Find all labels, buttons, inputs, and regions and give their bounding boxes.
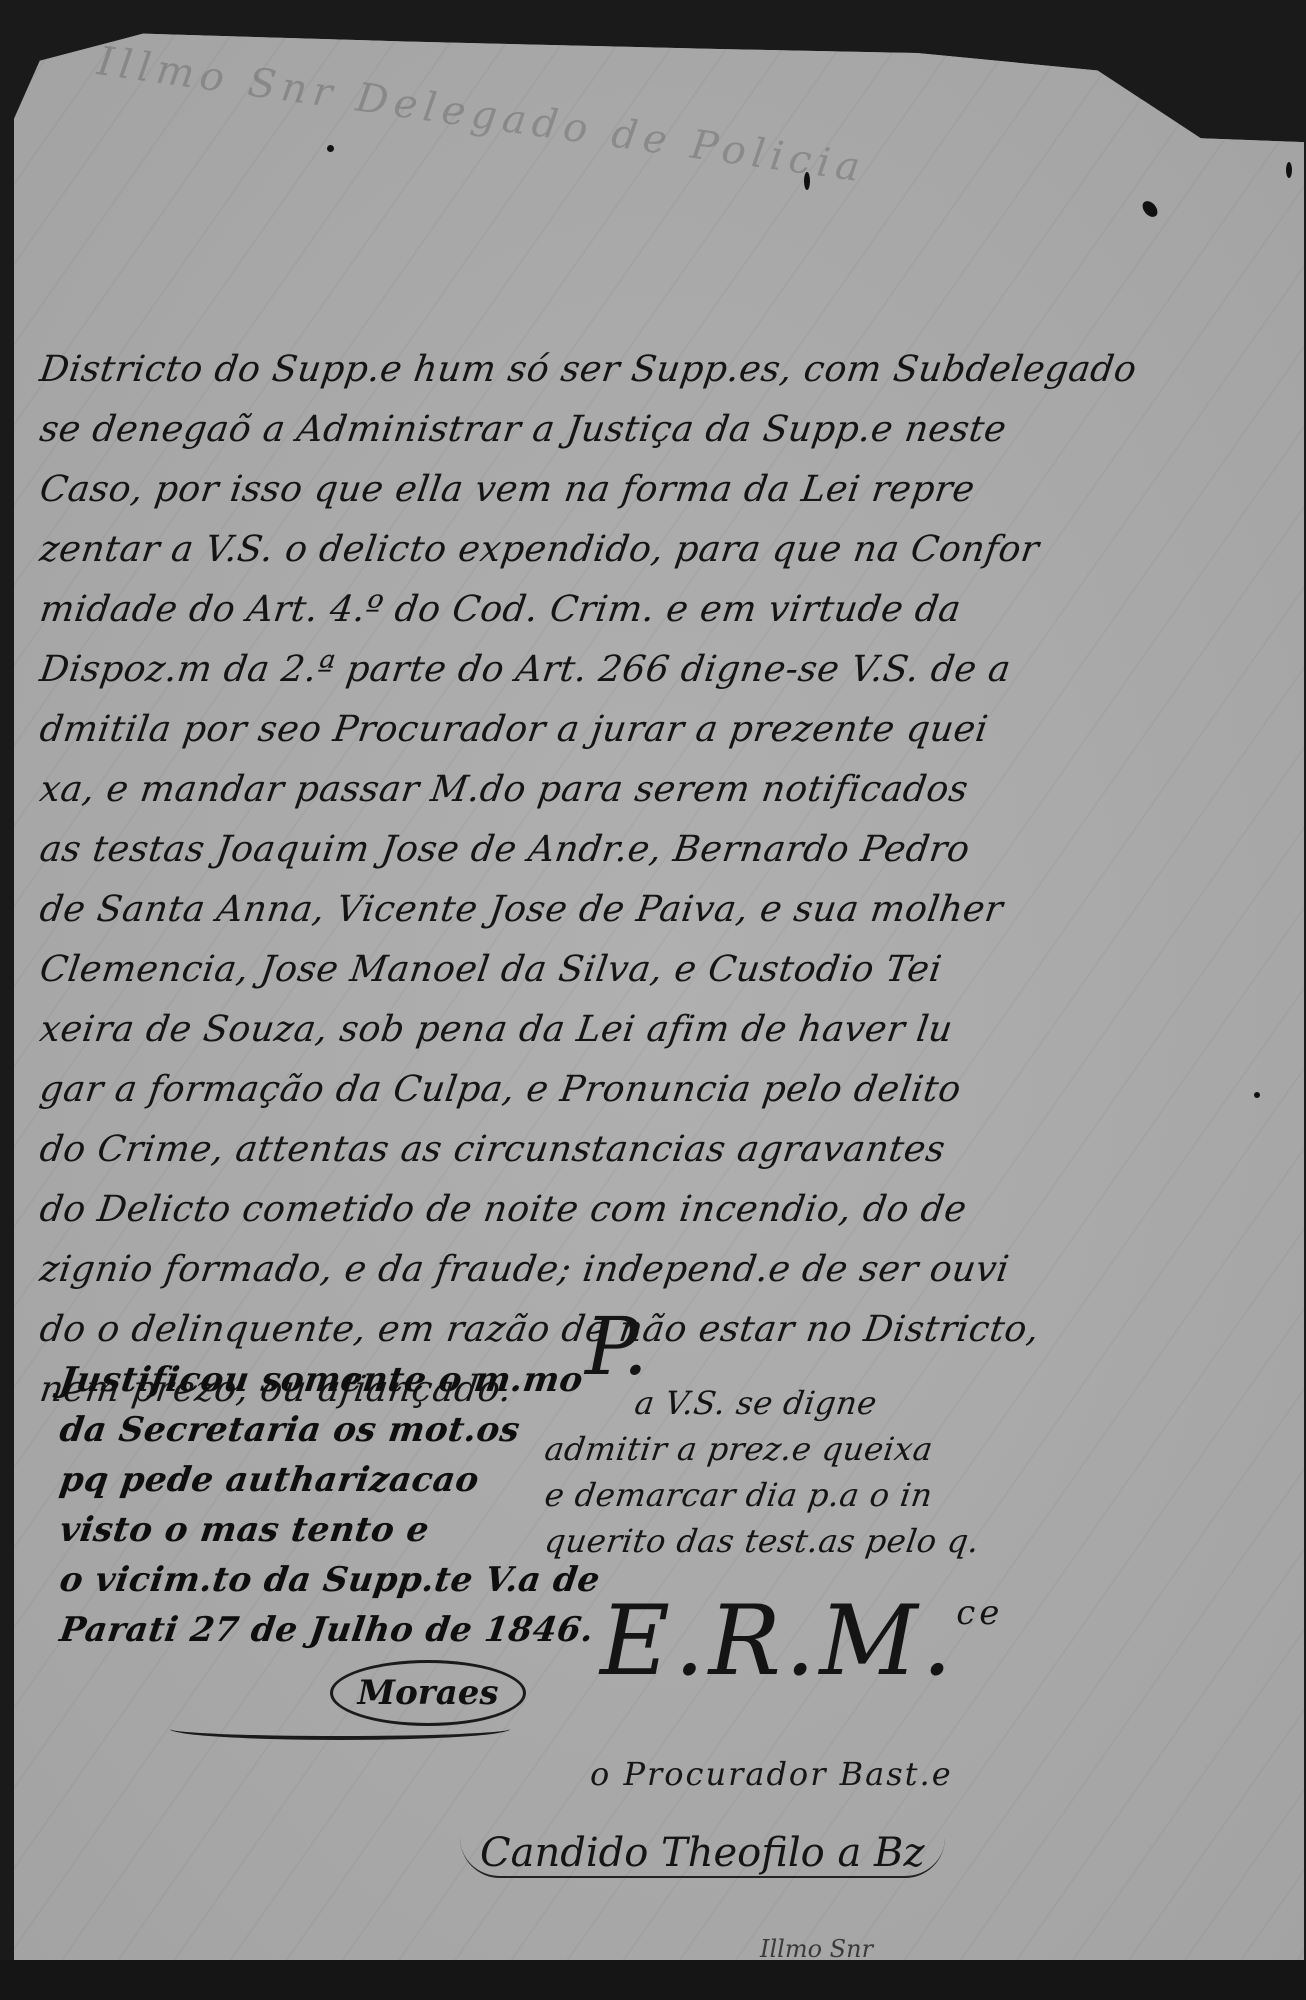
ink-spot (804, 172, 810, 190)
procurador-line: o Procurador Bast.e (590, 1755, 953, 1793)
margin-note-line: Parati 27 de Julho de 1846. (56, 1605, 583, 1655)
rubric-erm: E.R.M.ce (600, 1585, 1003, 1697)
margin-note-line: Justificou somente o m.mo (56, 1355, 583, 1405)
rubric-suffix: ce (956, 1593, 1003, 1633)
text-line: as testas Joaquim Jose de Andr.e, Bernar… (36, 820, 1044, 880)
procurador-suffix: Bast.e (840, 1755, 953, 1793)
margin-note-line: visto o mas tento e (56, 1505, 583, 1555)
ink-spot (327, 145, 334, 152)
text-line: Dispoz.m da 2.ª parte do Art. 266 digne-… (36, 640, 1044, 700)
procurador-label: o Procurador (590, 1755, 827, 1793)
signature-moraes: Moraes (330, 1660, 526, 1726)
margin-note-line: pq pede autharizacao (56, 1455, 583, 1505)
text-line: zignio formado, e da fraude; independ.e … (36, 1240, 1044, 1300)
ink-spot (1254, 1092, 1260, 1098)
petition-body: Districto do Supp.e hum só ser Supp.es, … (40, 340, 1040, 1420)
procurador-signature: Candido Theofilo a Bz (460, 1830, 945, 1878)
text-line: Clemencia, Jose Manoel da Silva, e Custo… (36, 940, 1044, 1000)
text-line: Caso, por isso que ella vem na forma da … (36, 460, 1044, 520)
margin-note: Justificou somente o m.mo da Secretaria … (60, 1355, 580, 1655)
ink-spot (1286, 162, 1292, 178)
text-line: se denegaõ a Administrar a Justiça da Su… (36, 400, 1044, 460)
text-line: de Santa Anna, Vicente Jose de Paiva, e … (36, 880, 1044, 940)
text-line: xeira de Souza, sob pena da Lei afim de … (36, 1000, 1044, 1060)
text-line: Districto do Supp.e hum só ser Supp.es, … (36, 340, 1044, 400)
dispatch-line: querito das test.as pelo q. (542, 1518, 1068, 1564)
dispatch-line: e demarcar dia p.a o in (542, 1472, 1068, 1518)
signature-flourish (170, 1718, 510, 1740)
text-line: do Delicto cometido de noite com incendi… (36, 1180, 1044, 1240)
dispatch-line: admitir a prez.e queixa (542, 1426, 1068, 1472)
text-line: midade do Art. 4.º do Cod. Crim. e em vi… (36, 580, 1044, 640)
text-line: gar a formação da Culpa, e Pronuncia pel… (36, 1060, 1044, 1120)
margin-note-line: da Secretaria os mot.os (56, 1405, 583, 1455)
scanner-bottom-edge (0, 1960, 1306, 2000)
text-line: dmitila por seo Procurador a jurar a pre… (36, 700, 1044, 760)
text-line: do o delinquente, em razão de não estar … (36, 1300, 1044, 1360)
rubric-text: E.R.M. (600, 1585, 956, 1697)
bleed-through-header: Illmo Snr Delegado de Policia (95, 38, 869, 191)
text-line: zentar a V.S. o delicto expendido, para … (36, 520, 1044, 580)
addressee: Illmo Snr (760, 1935, 873, 1963)
ink-spot (1140, 198, 1161, 220)
text-line: xa, e mandar passar M.do para serem noti… (36, 760, 1044, 820)
text-line: do Crime, attentas as circunstancias agr… (36, 1120, 1044, 1180)
margin-note-line: o vicim.to da Supp.te V.a de (56, 1555, 583, 1605)
dispatch-line: a V.S. se digne (542, 1380, 1068, 1426)
